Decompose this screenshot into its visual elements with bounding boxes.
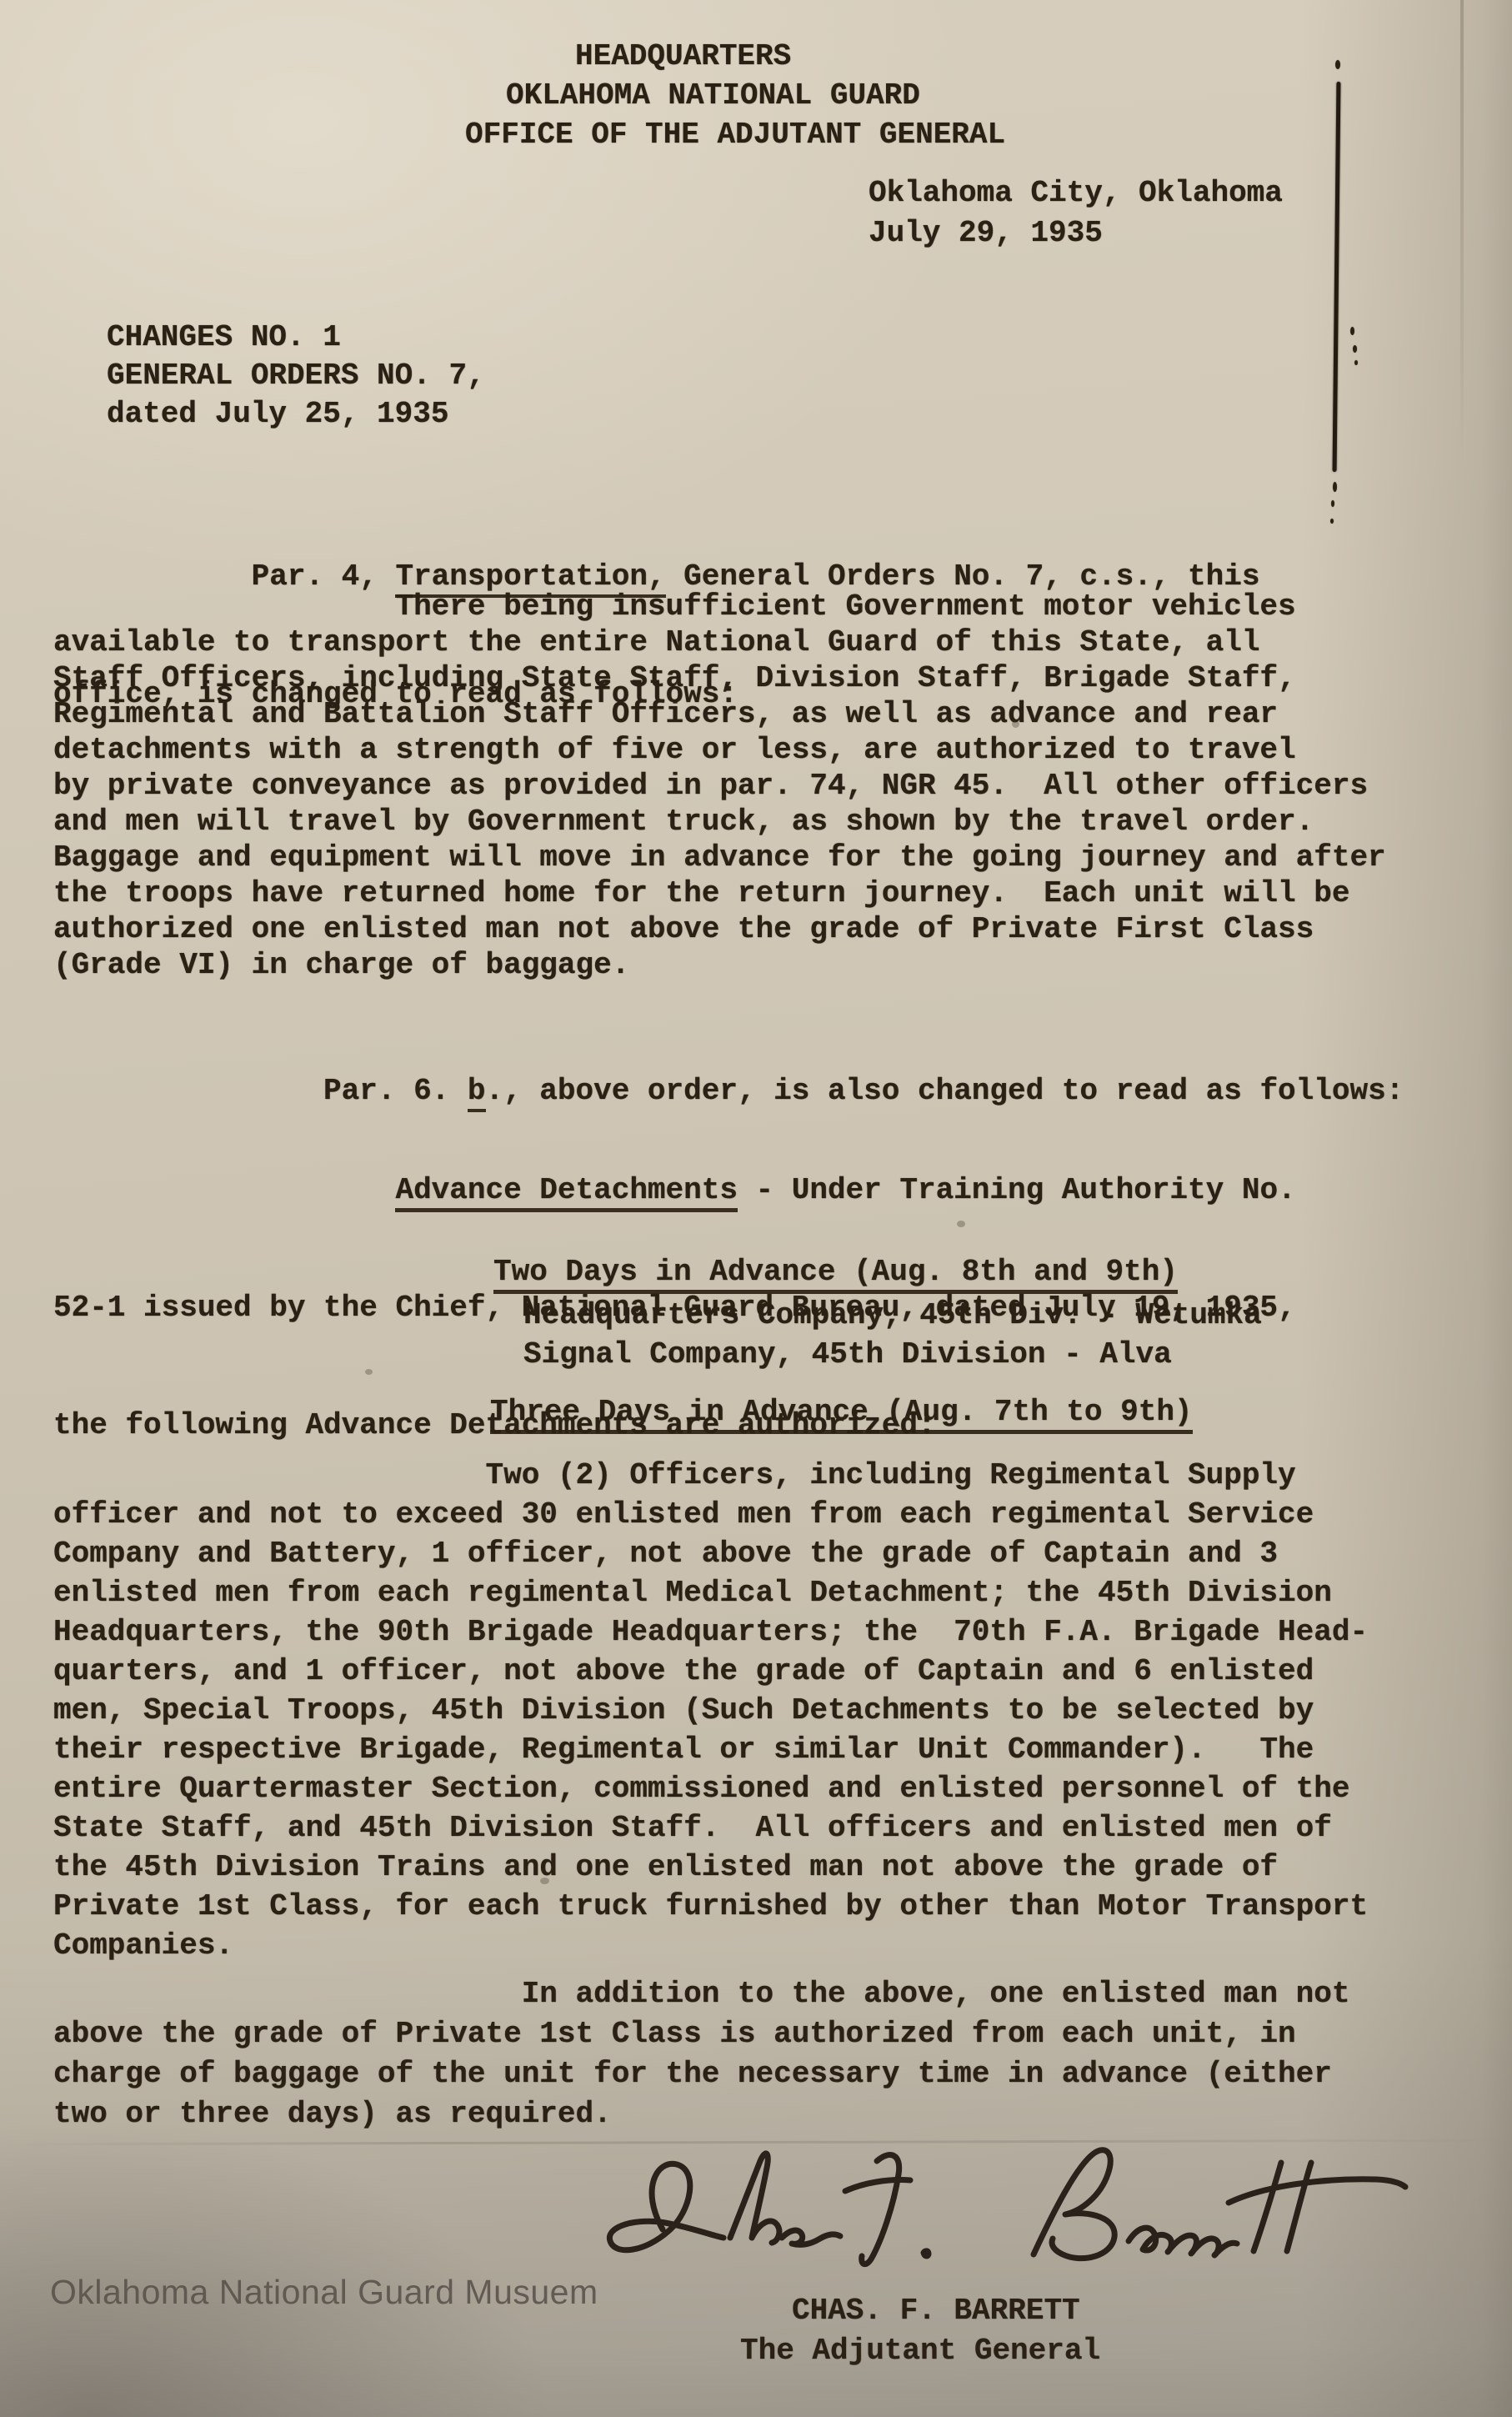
two-days-heading: Two Days in Advance (Aug. 8th and 9th): [493, 1252, 1178, 1291]
officers-paragraph: Two (2) Officers, including Regimental S…: [53, 1456, 1368, 1965]
advance-detachments-underlined: Advance Detachments: [395, 1173, 737, 1212]
scanned-document-photo: { "header": { "line1": "HEADQUARTERS", "…: [0, 0, 1512, 2417]
letterhead-line-1: HEADQUARTERS: [575, 37, 791, 76]
three-days-heading: Three Days in Advance (Aug. 7th to 9th): [490, 1392, 1193, 1432]
advance-detachments-line-1: Advance Detachments - Under Training Aut…: [53, 1171, 1296, 1210]
order-reference-block: CHANGES NO. 1 GENERAL ORDERS NO. 7, date…: [107, 318, 485, 434]
signer-title: The Adjutant General: [740, 2331, 1100, 2370]
paper-speck: [957, 1221, 965, 1227]
dateline-date: July 29, 1935: [869, 213, 1103, 253]
two-days-unit-1: Headquarters Company, 45th Div. - Wetumk…: [523, 1296, 1262, 1335]
three-days-heading-text: Three Days in Advance (Aug. 7th to 9th): [490, 1395, 1193, 1434]
in-addition-paragraph: In addition to the above, one enlisted m…: [53, 1974, 1349, 2134]
margin-ink-line: [1333, 82, 1341, 472]
letterhead-line-2: OKLAHOMA NATIONAL GUARD: [506, 76, 920, 115]
margin-ink-dot: [1350, 327, 1354, 335]
paper-speck: [540, 1878, 549, 1884]
paper-speck: [365, 1369, 373, 1375]
paper-background: HEADQUARTERS OKLAHOMA NATIONAL GUARD OFF…: [0, 0, 1512, 2417]
margin-ink-dot: [1333, 482, 1337, 492]
margin-ink-dot: [1335, 60, 1340, 69]
two-days-heading-text: Two Days in Advance (Aug. 8th and 9th): [493, 1255, 1178, 1294]
signature: [567, 2131, 1450, 2306]
margin-ink-dot: [1353, 345, 1357, 353]
paper-speck: [1012, 720, 1019, 728]
watermark-text: Oklahoma National Guard Musuem: [50, 2273, 598, 2312]
advance-detachments-rest: - Under Training Authority No.: [738, 1173, 1296, 1207]
margin-ink-dot: [1330, 519, 1334, 524]
transportation-paragraph: There being insufficient Government moto…: [53, 589, 1386, 983]
margin-ink-dot: [1331, 500, 1334, 507]
dateline-place: Oklahoma City, Oklahoma: [869, 173, 1283, 213]
paper-crease-vertical: [1460, 0, 1464, 467]
advance-detachments-indent: [53, 1173, 395, 1207]
signer-name: CHAS. F. BARRETT: [792, 2291, 1080, 2330]
letterhead-line-3: OFFICE OF THE ADJUTANT GENERAL: [465, 115, 1005, 154]
two-days-unit-2: Signal Company, 45th Division - Alva: [523, 1335, 1172, 1374]
margin-ink-dot: [1354, 360, 1358, 365]
signature-image: [567, 2131, 1450, 2306]
